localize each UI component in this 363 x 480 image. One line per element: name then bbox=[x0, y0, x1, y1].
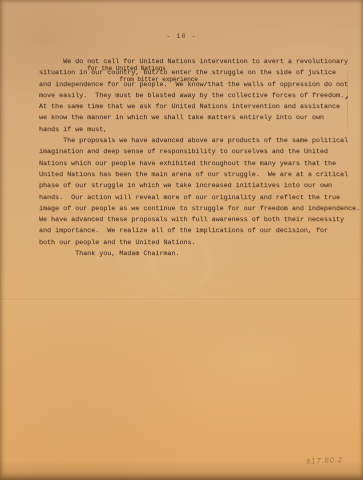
text-line: hands if we must, bbox=[39, 125, 360, 136]
typewritten-text: We do not call for United Nations interv… bbox=[39, 57, 360, 260]
text-line: move easily. They must be blasted away b… bbox=[39, 91, 360, 102]
interlinear-insertion: from bitter experience bbox=[119, 74, 197, 85]
text-line: hands. Our action will reveal more of ou… bbox=[39, 193, 360, 204]
text-line: phase of our struggle in which we take i… bbox=[39, 181, 360, 192]
text-line: United Nations has been the main arena o… bbox=[39, 170, 360, 181]
scanned-document-page: - 10 - We do not call for United Nations… bbox=[0, 0, 363, 480]
text-line: The proposals we have advanced above are… bbox=[39, 136, 360, 147]
text-line: We have advanced these proposals with fu… bbox=[39, 215, 360, 226]
text-line: imagination and deep sense of responsibi… bbox=[39, 147, 360, 158]
handwritten-annotation: $17.80.2 bbox=[306, 455, 343, 466]
paper-bottom-edge bbox=[0, 473, 363, 480]
text-line: Thank you, Madam Chairman. bbox=[39, 249, 360, 260]
text-line: we know the manner in which we shall tak… bbox=[39, 113, 360, 124]
pencil-mark: , bbox=[345, 96, 351, 98]
interlinear-insertion: for the United Nations bbox=[87, 63, 165, 74]
text-line: and importance. We realize all of the im… bbox=[39, 226, 360, 237]
text-line: At the same time that we ask for United … bbox=[39, 102, 360, 113]
page-number: - 10 - bbox=[0, 33, 363, 41]
text-line: situation in our country, but/to enter t… bbox=[39, 68, 360, 79]
text-line: Nations which our people have exhibited … bbox=[39, 159, 360, 170]
text-line: image of our people as we continue to st… bbox=[39, 204, 360, 215]
horizontal-crease bbox=[0, 299, 363, 301]
text-line: both our people and the United Nations. bbox=[39, 238, 360, 249]
text-line: and independence for our people. We know… bbox=[39, 80, 360, 91]
